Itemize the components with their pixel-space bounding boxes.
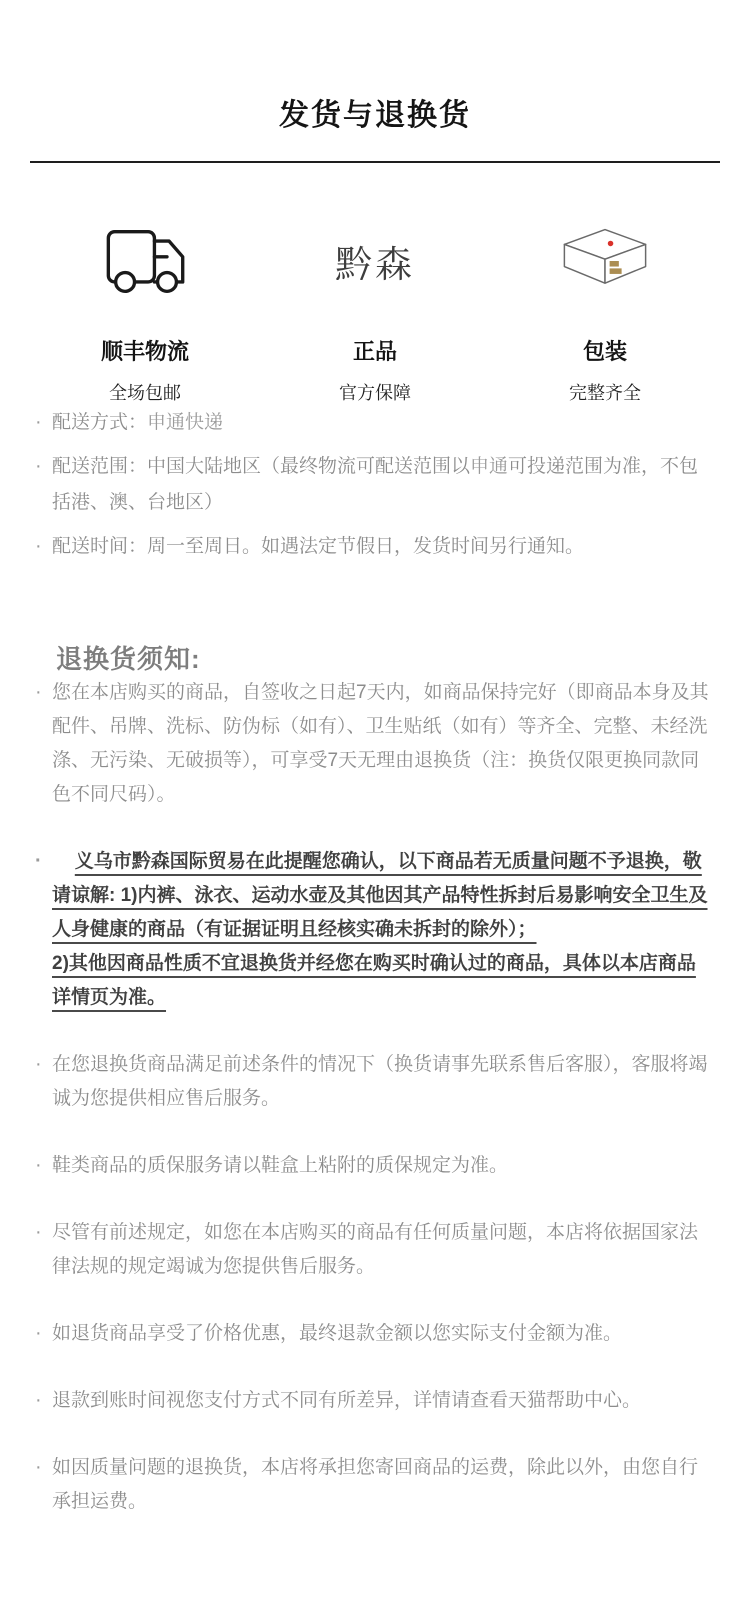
truck-icon [30,213,260,309]
brand-logo: 黔森 [260,213,490,309]
feature-subtitle: 官方保障 [260,379,490,405]
package-box-icon [490,213,720,309]
policy-item: 鞋类商品的质保服务请以鞋盒上粘附的质保规定为准。 [34,1149,710,1183]
policy-item: 您在本店购买的商品，自签收之日起7天内，如商品保持完好（即商品本身及其配件、吊牌… [34,676,710,812]
policy-item: 退款到账时间视您支付方式不同有所差异，详情请查看天猫帮助中心。 [34,1384,710,1418]
feature-row: 顺丰物流 全场包邮 黔森 正品 官方保障 包装 完整齐全 [0,213,750,405]
returns-policy-list: 您在本店购买的商品，自签收之日起7天内，如商品保持完好（即商品本身及其配件、吊牌… [0,676,750,1519]
policy-item: 如退货商品享受了价格优惠，最终退款金额以您实际支付金额为准。 [34,1317,710,1351]
notice-part-1: 义乌市黔森国际贸易在此提醒您确认，以下商品若无质量问题不予退换，敬请谅解: 1)… [52,845,710,947]
title-divider [30,161,720,163]
item-label: 配送方式： [52,412,147,433]
policy-item: 在您退换货商品满足前述条件的情况下（换货请事先联系售后客服），客服将竭诚为您提供… [34,1048,710,1116]
notice-part-2: 2)其他因商品性质不宜退换货并经您在购买时确认过的商品，具体以本店商品详情页为准… [52,947,710,1015]
feature-title: 正品 [260,335,490,366]
non-returnable-notice: 义乌市黔森国际贸易在此提醒您确认，以下商品若无质量问题不予退换，敬请谅解: 1)… [34,845,710,1015]
policy-item: 如因质量问题的退换货，本店将承担您寄回商品的运费，除此以外，由您自行承担运费。 [34,1451,710,1519]
delivery-method-item: 配送方式：申通快递 [34,405,710,441]
feature-packaging: 包装 完整齐全 [490,213,720,405]
returns-heading: 退换货须知: [56,639,710,676]
brand-logo-text: 黔森 [335,234,415,288]
feature-title: 包装 [490,335,720,366]
feature-subtitle: 全场包邮 [30,379,260,405]
courier-name: 申通 [470,456,508,477]
item-label: 配送范围：中国大陆地区（最终物流可配送范围以 [52,456,470,477]
feature-authentic: 黔森 正品 官方保障 [260,213,490,405]
delivery-time-item: 配送时间：周一至周日。如遇法定节假日，发货时间另行通知。 [34,529,710,565]
shipping-returns-page: 发货与退换货 顺丰物流 全场包邮 黔森 正品 官方保障 [0,0,750,1552]
page-title: 发货与退换货 [0,0,750,134]
delivery-info-list: 配送方式：申通快递 配送范围：中国大陆地区（最终物流可配送范围以申通可投递范围为… [0,405,750,565]
policy-item: 尽管有前述规定，如您在本店购买的商品有任何质量问题，本店将依据国家法律法规的规定… [34,1216,710,1284]
feature-shipping: 顺丰物流 全场包邮 [30,213,260,405]
courier-name: 申通快递 [147,412,223,433]
feature-title: 顺丰物流 [30,335,260,366]
feature-subtitle: 完整齐全 [490,379,720,405]
delivery-range-item: 配送范围：中国大陆地区（最终物流可配送范围以申通可投递范围为准，不包括港、澳、台… [34,449,710,521]
item-label: 配送时间：周一至周日。如遇法定节假日，发货时间另行通知。 [52,536,584,557]
